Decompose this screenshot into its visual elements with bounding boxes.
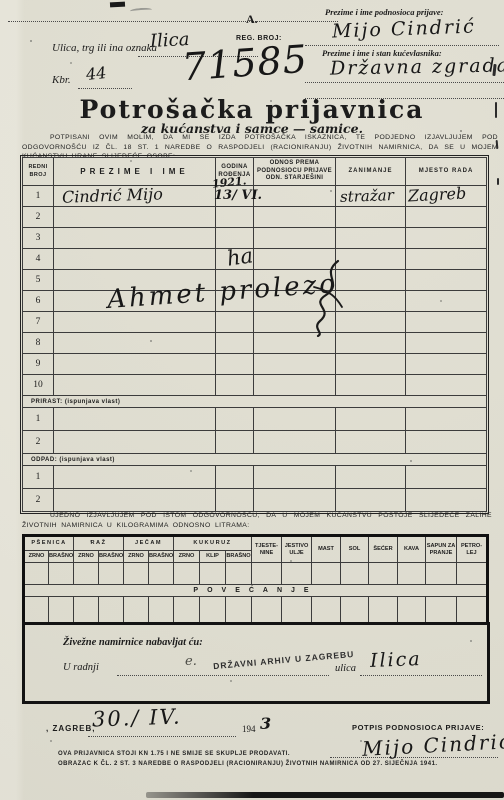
person-cell-birth <box>216 333 254 354</box>
persons-table-body: 1Cindrić Mijo1921.13/ VI.stražarZagreb23… <box>23 186 487 512</box>
handwritten-annotation-line1: ha <box>226 245 255 269</box>
occupation-hand: stražar <box>340 188 394 205</box>
person-cell-name <box>54 333 216 354</box>
stocks-cell <box>99 597 124 624</box>
stocks-sub-header: BRAŠNO <box>149 551 174 563</box>
prirast-cell <box>254 431 336 454</box>
prirast-cell <box>336 408 406 431</box>
prirast-row: 1 <box>23 408 487 431</box>
header-redni-broj: REDNI BROJ <box>23 158 54 186</box>
stocks-cell <box>341 563 369 585</box>
header-zanimanje: ZANIMANJE <box>336 158 406 186</box>
person-cell-birth <box>216 375 254 396</box>
form-title: Potrošačka prijavnica <box>0 95 504 124</box>
person-cell-name <box>54 228 216 249</box>
scan-speckles <box>30 40 32 42</box>
person-cell-relation <box>254 375 336 396</box>
person-cell-workplace <box>406 354 487 375</box>
stocks-single-header: PETRO­LEJ <box>457 536 488 563</box>
stocks-cell <box>200 597 226 624</box>
scanned-form-page: Ulica, trg ili ina oznaka Ilica Kbr. 44 … <box>0 0 504 800</box>
house-no-label: Kbr. <box>52 74 71 86</box>
stocks-sub-header: BRAŠNO <box>226 551 252 563</box>
handwritten-flourish-icon <box>300 257 350 337</box>
stocks-group-header: RAŽ <box>74 536 124 551</box>
person-cell-occupation <box>336 354 406 375</box>
odpad-cell <box>406 466 487 489</box>
stocks-cell <box>312 597 341 624</box>
person-cell-workplace <box>406 249 487 270</box>
stocks-cell <box>174 563 200 585</box>
prirast-cell <box>54 431 216 454</box>
stocks-intro-text: UJEDNO IZJAVLJUJEM POD ISTOM ODGOVORNOŠĆ… <box>22 511 492 530</box>
year-printed: 194 <box>242 724 256 734</box>
person-cell-relation <box>254 186 336 207</box>
scan-artifact-bottom-bar <box>146 792 504 798</box>
landlord-value: Državna zgrada <box>330 56 504 78</box>
person-cell-workplace <box>406 312 487 333</box>
name-hand: Cindrić Mijo <box>62 186 163 206</box>
stocks-sub-header: ZRNO <box>174 551 200 563</box>
date-line <box>88 736 236 737</box>
stocks-single-header: KAVA <box>398 536 426 563</box>
prirast-cell <box>406 431 487 454</box>
stocks-cell <box>174 597 200 624</box>
purchase-street-value: Ilica <box>370 650 422 671</box>
odpad-band-row: ODPAD: (ispunjava vlast) <box>23 454 487 466</box>
purchase-street-label: ulica <box>335 663 356 674</box>
purchase-street-line <box>360 675 482 676</box>
person-cell-workplace <box>406 228 487 249</box>
prirast-band-label: PRIRAST: (ispunjava vlast) <box>23 396 487 408</box>
odpad-row: 1 <box>23 466 487 489</box>
landlord-line <box>305 82 504 83</box>
person-cell-no: 3 <box>23 228 54 249</box>
shop-value: e. <box>185 655 197 668</box>
person-cell-birth <box>216 354 254 375</box>
person-cell-no: 4 <box>23 249 54 270</box>
person-cell-name: Cindrić Mijo <box>54 186 216 207</box>
person-cell-no: 6 <box>23 291 54 312</box>
prirast-cell <box>54 408 216 431</box>
stocks-table-wrap: PŠENICARAŽJEČAMKUKURUZTJESTE­NINEJESTIVO… <box>22 534 490 625</box>
person-cell-occupation <box>336 375 406 396</box>
signature-value: Mijo Cindrić <box>362 731 504 759</box>
shop-line <box>117 675 329 676</box>
stocks-group-header: JEČAM <box>124 536 174 551</box>
street-label: Ulica, trg ili ina oznaka <box>52 42 157 54</box>
stocks-single-header: JESTIVO ULJE <box>282 536 312 563</box>
person-cell-name <box>54 375 216 396</box>
odpad-cell <box>336 466 406 489</box>
odpad-row: 2 <box>23 489 487 512</box>
odpad-cell <box>54 489 216 512</box>
stocks-sub-header: ZRNO <box>124 551 149 563</box>
stocks-cell <box>282 563 312 585</box>
reg-no-value: 71585 <box>181 40 309 87</box>
prirast-cell <box>216 431 254 454</box>
stocks-cell <box>226 597 252 624</box>
person-cell-no: 10 <box>23 375 54 396</box>
person-cell-relation <box>254 228 336 249</box>
stocks-cell <box>426 563 457 585</box>
stocks-cell <box>49 563 74 585</box>
stocks-table: PŠENICARAŽJEČAMKUKURUZTJESTE­NINEJESTIVO… <box>22 534 489 625</box>
stocks-head: PŠENICARAŽJEČAMKUKURUZTJESTE­NINEJESTIVO… <box>24 536 488 563</box>
stocks-cell <box>312 563 341 585</box>
odpad-cell <box>254 466 336 489</box>
header-odnos: ODNOS PREMA PODNOSIOCU PRIJAVE ODN. STAR… <box>254 158 336 186</box>
applicant-label: Prezime i ime podnosioca prijave: <box>325 7 444 17</box>
person-cell-no: 2 <box>23 207 54 228</box>
odpad-cell <box>406 489 487 512</box>
header-prezime-ime: PREZIME I IME <box>54 158 216 186</box>
person-cell-name <box>54 207 216 228</box>
person-cell-no: 8 <box>23 333 54 354</box>
person-cell-workplace <box>406 270 487 291</box>
applicant-value: Mijo Cindrić <box>332 17 476 41</box>
stocks-group-header: PŠENICA <box>24 536 74 551</box>
signature-line <box>330 757 498 758</box>
odpad-band-label: ODPAD: (ispunjava vlast) <box>23 454 487 466</box>
purchase-line1: Živežne namirnice nabavljat ću: <box>63 637 203 648</box>
stocks-sub-header: BRAŠNO <box>49 551 74 563</box>
stocks-cell <box>398 597 426 624</box>
stocks-cell <box>124 563 149 585</box>
person-cell-workplace <box>406 333 487 354</box>
stocks-group-header: KUKURUZ <box>174 536 252 551</box>
person-cell-name <box>54 354 216 375</box>
stocks-single-header: MAST <box>312 536 341 563</box>
stocks-single-header: ŠEĆER <box>369 536 398 563</box>
archive-stamp: DRŽAVNI ARHIV U ZAGREBU <box>213 649 355 671</box>
person-cell-occupation: stražar <box>336 186 406 207</box>
stocks-cell <box>457 563 488 585</box>
prirast-band-row: PRIRAST: (ispunjava vlast) <box>23 396 487 408</box>
header-mjesto-rada: MJESTO RADA <box>406 158 487 186</box>
person-cell-workplace <box>406 375 487 396</box>
stocks-value-row <box>24 597 488 624</box>
persons-table: REDNI BROJ PREZIME I IME GODINA ROĐENJA … <box>22 157 487 512</box>
person-cell-no: 9 <box>23 354 54 375</box>
stocks-cell <box>200 563 226 585</box>
person-cell-relation <box>254 207 336 228</box>
person-row: 3 <box>23 228 487 249</box>
footer-line2: OBRAZAC K ČL. 2 ST. 3 NAREDBE O RASPODJE… <box>58 760 438 769</box>
scan-artifact <box>110 2 125 8</box>
person-row: 2 <box>23 207 487 228</box>
stocks-group-header-row: PŠENICARAŽJEČAMKUKURUZTJESTE­NINEJESTIVO… <box>24 536 488 551</box>
person-cell-no: 5 <box>23 270 54 291</box>
person-cell-workplace: Zagreb <box>406 186 487 207</box>
person-cell-birth <box>216 312 254 333</box>
prirast-row: 2 <box>23 431 487 454</box>
pencil-mark <box>130 7 152 14</box>
person-cell-no: 7 <box>23 312 54 333</box>
stocks-sub-header: BRAŠNO <box>99 551 124 563</box>
person-row: 7 <box>23 312 487 333</box>
stocks-sub-header: ZRNO <box>74 551 99 563</box>
shop-label: U radnji <box>63 662 99 673</box>
stocks-cell <box>341 597 369 624</box>
date-value: 30./ IV. <box>92 706 182 730</box>
povecanje-band-row: POVEĆANJE <box>24 585 488 597</box>
stocks-cell <box>24 563 49 585</box>
stocks-cell <box>457 597 488 624</box>
footer-line1: OVA PRIJAVNICA STOJI KN 1.75 I NE SMIJE … <box>58 750 290 759</box>
persons-table-wrap: REDNI BROJ PREZIME I IME GODINA ROĐENJA … <box>22 157 490 512</box>
person-cell-occupation <box>336 228 406 249</box>
stocks-sub-header: ZRNO <box>24 551 49 563</box>
stocks-cell <box>426 597 457 624</box>
odpad-cell <box>216 466 254 489</box>
povecanje-label: POVEĆANJE <box>24 585 488 597</box>
stocks-cell <box>74 597 99 624</box>
stocks-value-row <box>24 563 488 585</box>
house-no-value: 44 <box>85 65 107 83</box>
person-row: 8 <box>23 333 487 354</box>
persons-header-row: REDNI BROJ PREZIME I IME GODINA ROĐENJA … <box>23 158 487 186</box>
odpad-cell: 1 <box>23 466 54 489</box>
stocks-single-header: TJESTE­NINE <box>252 536 282 563</box>
stocks-cell <box>149 563 174 585</box>
stocks-cell <box>124 597 149 624</box>
stocks-cell <box>369 597 398 624</box>
odpad-cell <box>216 489 254 512</box>
year-hand: 3 <box>260 716 271 732</box>
stocks-cell <box>252 597 282 624</box>
person-cell-occupation <box>336 207 406 228</box>
person-cell-birth: 1921.13/ VI. <box>216 186 254 207</box>
section-letter: A. <box>246 12 258 27</box>
person-cell-workplace <box>406 291 487 312</box>
place-label: , ZAGREB, <box>46 724 95 733</box>
stocks-single-header: SOL <box>341 536 369 563</box>
person-cell-relation <box>254 354 336 375</box>
person-row: 1Cindrić Mijo1921.13/ VI.stražarZagreb <box>23 186 487 207</box>
stocks-sub-header: KLIP <box>200 551 226 563</box>
person-row: 9 <box>23 354 487 375</box>
stocks-body: POVEĆANJE <box>24 563 488 624</box>
stocks-cell <box>369 563 398 585</box>
stocks-cell <box>149 597 174 624</box>
prirast-cell <box>216 408 254 431</box>
person-row: 10 <box>23 375 487 396</box>
person-cell-name <box>54 312 216 333</box>
workplace-hand: Zagreb <box>408 185 467 204</box>
stocks-single-header: SAPUN ZA PRANJE <box>426 536 457 563</box>
prirast-cell <box>406 408 487 431</box>
prirast-cell: 2 <box>23 431 54 454</box>
odpad-cell <box>336 489 406 512</box>
person-cell-birth <box>216 207 254 228</box>
scan-artifact <box>497 178 499 185</box>
stocks-cell <box>252 563 282 585</box>
stocks-cell <box>282 597 312 624</box>
applicant-line <box>305 45 499 46</box>
person-cell-no: 1 <box>23 186 54 207</box>
odpad-cell: 2 <box>23 489 54 512</box>
odpad-cell <box>254 489 336 512</box>
stocks-cell <box>74 563 99 585</box>
purchase-box: Živežne namirnice nabavljat ću: U radnji… <box>22 622 490 704</box>
odpad-cell <box>54 466 216 489</box>
prirast-cell <box>254 408 336 431</box>
person-cell-name <box>54 249 216 270</box>
stocks-cell <box>49 597 74 624</box>
prirast-cell: 1 <box>23 408 54 431</box>
stocks-cell <box>24 597 49 624</box>
house-no-line <box>78 88 132 89</box>
stocks-cell <box>398 563 426 585</box>
prirast-cell <box>336 431 406 454</box>
stocks-cell <box>99 563 124 585</box>
blank-line <box>8 21 338 22</box>
stocks-cell <box>226 563 252 585</box>
person-cell-workplace <box>406 207 487 228</box>
